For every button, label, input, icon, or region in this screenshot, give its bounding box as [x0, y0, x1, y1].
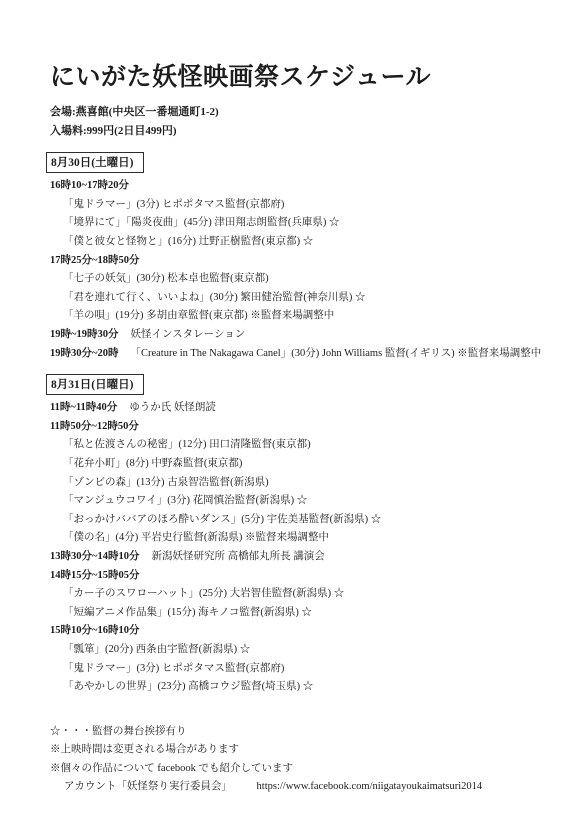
- film-entry: 「羊の唄」(19分) 多胡由章監督(東京都) ※監督来場調整中: [50, 307, 572, 326]
- time-slot-line: 15時10分~16時10分: [50, 622, 572, 641]
- note-stage-greeting: ☆・・・監督の舞台挨拶有り: [50, 723, 572, 742]
- slot-description: ゆうか氏 妖怪朗読: [129, 402, 216, 413]
- film-entry: 「花弁小町」(8分) 中野森監督(東京都): [50, 455, 572, 474]
- slot-description: 「Creature in The Nakagawa Canel」(30分) Jo…: [130, 348, 541, 359]
- fee-line: 入場料:999円(2日目499円): [50, 122, 572, 141]
- slot-time: 15時10分~16時10分: [50, 625, 139, 636]
- film-entry: 「瓢箪」(20分) 西条由宇監督(新潟県) ☆: [50, 641, 572, 660]
- page-title: にいがた妖怪映画祭スケジュール: [50, 62, 572, 93]
- film-entry: 「七子の妖気」(30分) 松本卓也監督(東京都): [50, 270, 572, 289]
- film-entry: 「私と佐渡さんの秘密」(12分) 田口清隆監督(東京都): [50, 436, 572, 455]
- time-slot-line: 13時30分~14時10分新潟妖怪研究所 高橋郁丸所長 講演会: [50, 548, 572, 567]
- time-slot-line: 14時15分~15時05分: [50, 567, 572, 586]
- slot-time: 14時15分~15時05分: [50, 570, 139, 581]
- time-slot-line: 19時~19時30分妖怪インスタレーション: [50, 326, 572, 345]
- film-entry: 「おっかけババアのほろ酔いダンス」(5分) 宇佐美基監督(新潟県) ☆: [50, 511, 572, 530]
- film-entry: 「鬼ドラマー」(3分) ヒポポタマス監督(京都府): [50, 660, 572, 679]
- date-header: 8月30日(土曜日): [46, 152, 144, 173]
- slot-time: 13時30分~14時10分: [50, 551, 139, 562]
- slot-time: 17時25分~18時50分: [50, 255, 139, 266]
- schedule-body: 8月30日(土曜日)16時10~17時20分「鬼ドラマー」(3分) ヒポポタマス…: [50, 141, 572, 696]
- facebook-account-name: アカウント「妖怪祭り実行委員会」: [64, 781, 232, 792]
- film-entry: 「境界にて」「陽炎夜曲」(45分) 津田翔志朗監督(兵庫県) ☆: [50, 214, 572, 233]
- facebook-account-line: アカウント「妖怪祭り実行委員会」 https://www.facebook.co…: [50, 778, 572, 797]
- time-slot-line: 11時~11時40分ゆうか氏 妖怪朗読: [50, 399, 572, 418]
- slot-description: 妖怪インスタレーション: [130, 329, 245, 340]
- slot-time: 11時~11時40分: [50, 402, 117, 413]
- film-entry: 「ゾンビの森」(13分) 古泉智浩監督(新潟県): [50, 474, 572, 493]
- date-header: 8月31日(日曜日): [46, 374, 144, 395]
- time-slot-line: 17時25分~18時50分: [50, 252, 572, 271]
- slot-time: 19時~19時30分: [50, 329, 118, 340]
- note-facebook: ※個々の作品について facebook でも紹介しています: [50, 760, 572, 779]
- film-entry: 「あやかしの世界」(23分) 高橋コウジ監督(埼玉県) ☆: [50, 678, 572, 697]
- film-entry: 「君を連れて行く、いいよね」(30分) 繁田健治監督(神奈川県) ☆: [50, 289, 572, 308]
- time-slot-line: 11時50分~12時50分: [50, 418, 572, 437]
- film-entry: 「鬼ドラマー」(3分) ヒポポタマス監督(京都府): [50, 196, 572, 215]
- slot-time: 11時50分~12時50分: [50, 421, 139, 432]
- slot-description: 新潟妖怪研究所 高橋郁丸所長 講演会: [151, 551, 324, 562]
- film-entry: 「カー子のスワローハット」(25分) 大岩智佳監督(新潟県) ☆: [50, 585, 572, 604]
- film-entry: 「僕と彼女と怪物と」(16分) 辻野正樹監督(東京都) ☆: [50, 233, 572, 252]
- film-entry: 「マンジュウコワイ」(3分) 花岡慎治監督(新潟県) ☆: [50, 492, 572, 511]
- film-entry: 「僕の名」(4分) 平岩史行監督(新潟県) ※監督来場調整中: [50, 529, 572, 548]
- slot-time: 16時10~17時20分: [50, 180, 129, 191]
- film-entry: 「短編アニメ作品集」(15分) 海キノコ監督(新潟県) ☆: [50, 604, 572, 623]
- slot-time: 19時30分~20時: [50, 348, 118, 359]
- facebook-url: https://www.facebook.com/niigatayoukaima…: [257, 781, 483, 792]
- schedule-document: にいがた妖怪映画祭スケジュール 会場:燕喜館(中央区一番堀通町1-2) 入場料:…: [0, 0, 580, 820]
- time-slot-line: 16時10~17時20分: [50, 177, 572, 196]
- venue-line: 会場:燕喜館(中央区一番堀通町1-2): [50, 103, 572, 122]
- note-time-change: ※上映時間は変更される場合があります: [50, 741, 572, 760]
- time-slot-line: 19時30分~20時「Creature in The Nakagawa Cane…: [50, 345, 572, 364]
- notes-section: ☆・・・監督の舞台挨拶有り ※上映時間は変更される場合があります ※個々の作品に…: [50, 723, 572, 797]
